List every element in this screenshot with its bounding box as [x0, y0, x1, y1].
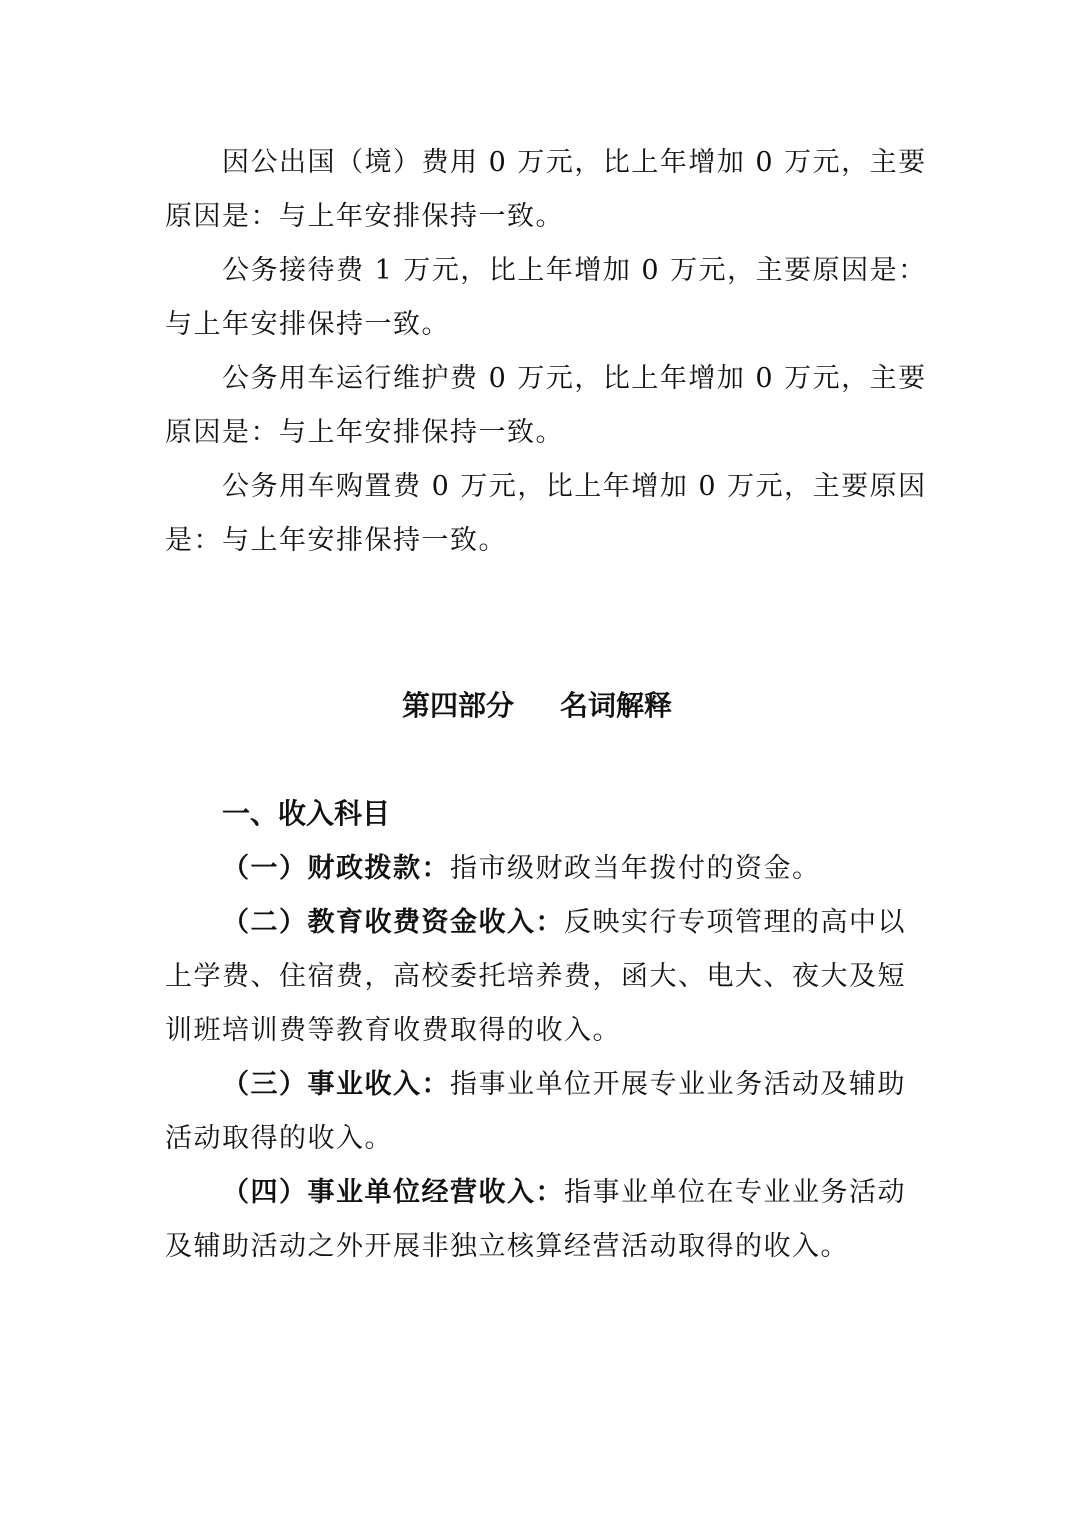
item-term: （一）财政拨款： [222, 853, 450, 884]
part-heading: 第四部分名词解释 [0, 688, 1074, 724]
item-term: （二）教育收费资金收入： [222, 907, 564, 938]
item-text: 指事业单位开展专业业务活动及辅助 [450, 1069, 906, 1100]
part-heading-title: 名词解释 [560, 689, 672, 722]
paragraph-line: 公务接待费 1 万元，比上年增加 0 万元，主要原因是： [222, 254, 982, 288]
paragraph-line: 是：与上年安排保持一致。 [165, 524, 925, 558]
paragraph-line: 原因是：与上年安排保持一致。 [165, 416, 925, 450]
item-term: （三）事业收入： [222, 1069, 450, 1100]
paragraph-line: 与上年安排保持一致。 [165, 308, 925, 342]
section-heading: 一、收入科目 [222, 796, 390, 832]
part-heading-number: 第四部分 [402, 689, 514, 722]
item-term: （四）事业单位经营收入： [222, 1177, 564, 1208]
item-line: （一）财政拨款：指市级财政当年拨付的资金。 [222, 852, 982, 886]
item-line: （四）事业单位经营收入：指事业单位在专业业务活动 [222, 1176, 982, 1210]
item-line: （三）事业收入：指事业单位开展专业业务活动及辅助 [222, 1068, 982, 1102]
paragraph-line: 原因是：与上年安排保持一致。 [165, 200, 925, 234]
item-line: 活动取得的收入。 [165, 1122, 925, 1156]
item-line: 及辅助活动之外开展非独立核算经营活动取得的收入。 [165, 1230, 925, 1264]
item-line: 上学费、住宿费，高校委托培养费，函大、电大、夜大及短 [165, 960, 925, 994]
item-text: 反映实行专项管理的高中以 [564, 907, 906, 938]
document-page: 因公出国（境）费用 0 万元，比上年增加 0 万元，主要 原因是：与上年安排保持… [0, 0, 1074, 1520]
item-line: （二）教育收费资金收入：反映实行专项管理的高中以 [222, 906, 982, 940]
paragraph-line: 公务用车运行维护费 0 万元，比上年增加 0 万元，主要 [222, 362, 982, 396]
paragraph-line: 因公出国（境）费用 0 万元，比上年增加 0 万元，主要 [222, 146, 982, 180]
item-line: 训班培训费等教育收费取得的收入。 [165, 1014, 925, 1048]
item-text: 指市级财政当年拨付的资金。 [450, 853, 821, 884]
item-text: 指事业单位在专业业务活动 [564, 1177, 906, 1208]
paragraph-line: 公务用车购置费 0 万元，比上年增加 0 万元，主要原因 [222, 470, 982, 504]
